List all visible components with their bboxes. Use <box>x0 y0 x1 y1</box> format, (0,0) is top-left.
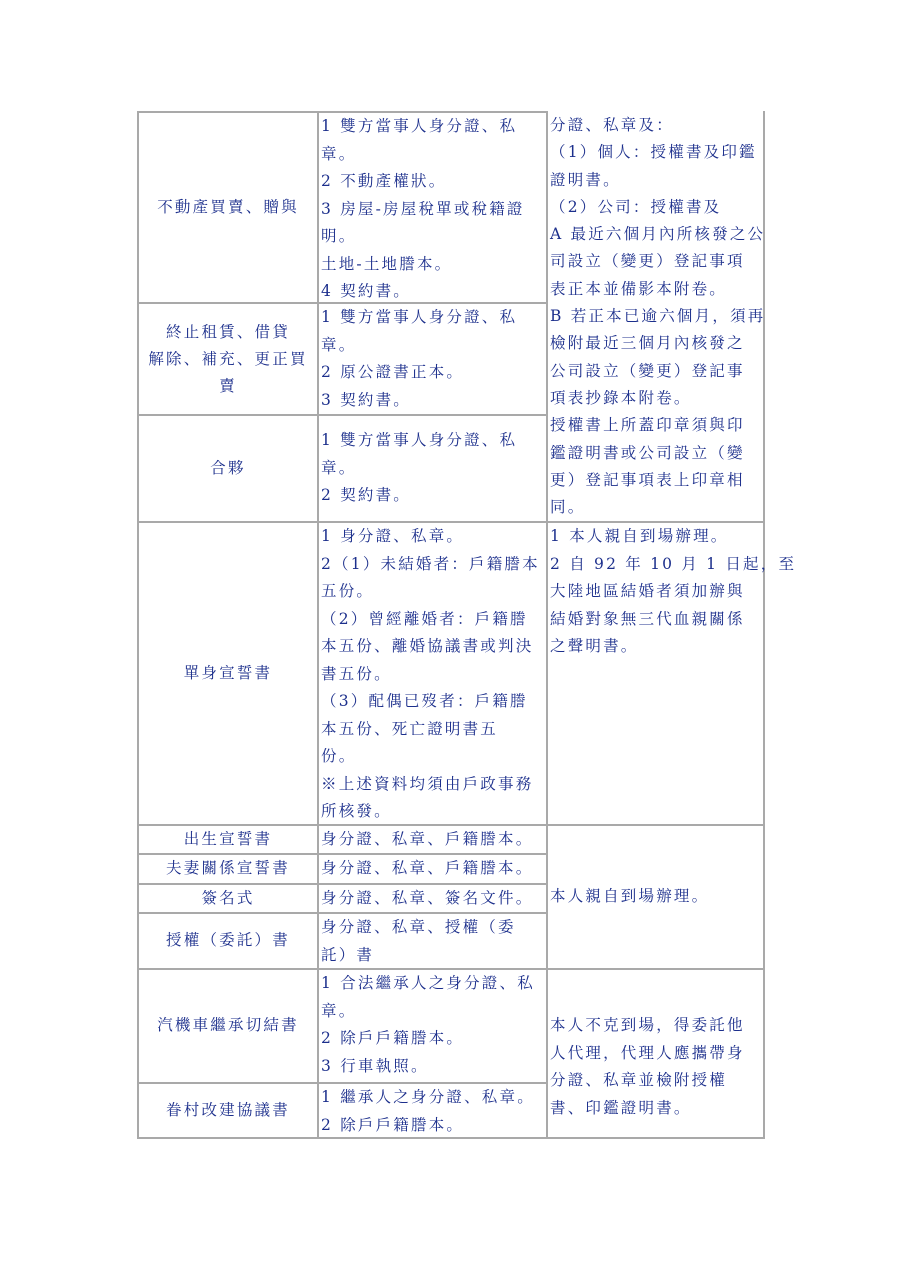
doc-line: 本五份、離婚協議書或判決 <box>321 633 546 661</box>
doc-line: 章。 <box>321 141 546 169</box>
documents-cell-marriage-affidavit: 身分證、私章、戶籍謄本。 <box>318 855 546 883</box>
note-line: 結婚對象無三代血親關係 <box>550 606 763 634</box>
note-line: 公司設立（變更）登記事 <box>550 358 763 385</box>
notes-cell-authorization: 分證、私章及： （1）個人：授權書及印鑑 證明書。 （2）公司：授權書及 A 最… <box>547 112 763 521</box>
table-border-right <box>763 111 765 1139</box>
doc-line: 份。 <box>321 743 546 771</box>
doc-line: 土地-土地謄本。 <box>321 251 546 279</box>
item-cell-signature-specimen: 簽名式 <box>139 885 317 912</box>
item-label: 授權（委託）書 <box>166 927 290 955</box>
item-label: 夫妻關係宣誓書 <box>166 855 290 883</box>
doc-line: 身分證、私章、戶籍謄本。 <box>321 855 546 883</box>
doc-line: 身分證、私章、授權（委 <box>321 914 546 942</box>
item-cell-vehicle-inheritance: 汽機車繼承切結書 <box>139 970 317 1082</box>
item-label: 出生宣誓書 <box>184 826 273 854</box>
item-label: 眷村改建協議書 <box>166 1097 290 1125</box>
item-cell-military-village-agreement: 眷村改建協議書 <box>139 1084 317 1137</box>
documents-cell-birth-affidavit: 身分證、私章、戶籍謄本。 <box>318 826 546 853</box>
doc-line: 1 雙方當事人身分證、私 <box>321 304 546 332</box>
doc-line: 身分證、私章、戶籍謄本。 <box>321 826 546 854</box>
doc-line: 2 不動產權狀。 <box>321 168 546 196</box>
item-cell-single-affidavit: 單身宣誓書 <box>139 523 317 824</box>
note-line: 鑑證明書或公司設立（變 <box>550 440 763 467</box>
item-cell-power-of-attorney: 授權（委託）書 <box>139 914 317 968</box>
doc-line: 4 契約書。 <box>321 278 546 306</box>
note-line: 之聲明書。 <box>550 633 763 661</box>
doc-line: 1 繼承人之身分證、私章。 <box>321 1084 546 1112</box>
note-line: 同。 <box>550 494 763 521</box>
note-line: 2 自 92 年 10 月 1 日起，至 <box>550 551 763 579</box>
notes-cell-proxy: 本人不克到場，得委託他 人代理，代理人應攜帶身 分證、私章並檢附授權 書、印鑑證… <box>547 970 763 1137</box>
doc-line: 五份。 <box>321 578 546 606</box>
doc-line: 章。 <box>321 998 546 1026</box>
doc-line: 2 原公證書正本。 <box>321 359 546 387</box>
doc-line: 2（1）未結婚者：戶籍謄本 <box>321 551 546 579</box>
documents-cell-partnership: 1 雙方當事人身分證、私 章。 2 契約書。 <box>318 416 546 521</box>
item-label: 不動產買賣、贈與 <box>157 194 299 222</box>
documents-cell-vehicle-inheritance: 1 合法繼承人之身分證、私 章。 2 除戶戶籍謄本。 3 行車執照。 <box>318 970 546 1082</box>
note-line: 人代理，代理人應攜帶身 <box>550 1040 763 1068</box>
note-line: 分證、私章及： <box>550 112 763 139</box>
doc-line: 1 雙方當事人身分證、私 <box>321 427 546 455</box>
item-cell-lease-termination: 終止租賃、借貸 解除、補充、更正買 賣 <box>139 304 317 414</box>
documents-cell-military-village-agreement: 1 繼承人之身分證、私章。 2 除戶戶籍謄本。 <box>318 1084 546 1137</box>
doc-line: 3 行車執照。 <box>321 1053 546 1081</box>
doc-line: 2 契約書。 <box>321 482 546 510</box>
item-cell-real-estate-sale: 不動產買賣、贈與 <box>139 113 317 302</box>
note-line: 更）登記事項表上印章相 <box>550 467 763 494</box>
doc-line: （3）配偶已歿者：戶籍謄 <box>321 688 546 716</box>
doc-line: 所核發。 <box>321 798 546 826</box>
doc-line: 3 房屋-房屋稅單或稅籍證 <box>321 196 546 224</box>
doc-line: 2 除戶戶籍謄本。 <box>321 1112 546 1140</box>
doc-line: 明。 <box>321 223 546 251</box>
doc-line: 章。 <box>321 332 546 360</box>
note-line: 表正本並備影本附卷。 <box>550 276 763 303</box>
item-cell-birth-affidavit: 出生宣誓書 <box>139 826 317 853</box>
documents-cell-real-estate-sale: 1 雙方當事人身分證、私 章。 2 不動產權狀。 3 房屋-房屋稅單或稅籍證 明… <box>318 112 546 302</box>
note-line: 書、印鑑證明書。 <box>550 1095 763 1123</box>
item-label: 合夥 <box>210 455 245 483</box>
item-label: 賣 <box>219 373 237 400</box>
notes-cell-single-affidavit: 1 本人親自到場辦理。 2 自 92 年 10 月 1 日起，至 大陸地區結婚者… <box>547 523 763 824</box>
note-line: 檢附最近三個月內核發之 <box>550 330 763 357</box>
doc-line: 書五份。 <box>321 661 546 689</box>
note-line: （1）個人：授權書及印鑑 <box>550 139 763 166</box>
doc-line: 1 身分證、私章。 <box>321 523 546 551</box>
note-line: 1 本人親自到場辦理。 <box>550 523 763 551</box>
documents-cell-signature-specimen: 身分證、私章、簽名文件。 <box>318 885 546 912</box>
note-line: 授權書上所蓋印章須與印 <box>550 412 763 439</box>
item-label: 單身宣誓書 <box>184 660 273 688</box>
item-label: 簽名式 <box>201 885 254 913</box>
documents-cell-single-affidavit: 1 身分證、私章。 2（1）未結婚者：戶籍謄本 五份。 （2）曾經離婚者：戶籍謄… <box>318 523 546 824</box>
note-line: 大陸地區結婚者須加辦與 <box>550 578 763 606</box>
note-line: 項表抄錄本附卷。 <box>550 385 763 412</box>
note-line: （2）公司：授權書及 <box>550 194 763 221</box>
doc-line: （2）曾經離婚者：戶籍謄 <box>321 606 546 634</box>
note-line: A 最近六個月內所核發之公 <box>550 221 763 248</box>
doc-line: 託）書 <box>321 942 546 970</box>
doc-line: ※上述資料均須由戶政事務 <box>321 771 546 799</box>
doc-line: 1 雙方當事人身分證、私 <box>321 113 546 141</box>
documents-cell-lease-termination: 1 雙方當事人身分證、私 章。 2 原公證書正本。 3 契約書。 <box>318 304 546 414</box>
note-line: 本人親自到場辦理。 <box>550 883 709 911</box>
note-line: 分證、私章並檢附授權 <box>550 1067 763 1095</box>
doc-line: 3 契約書。 <box>321 387 546 415</box>
doc-line: 2 除戶戶籍謄本。 <box>321 1025 546 1053</box>
note-line: 證明書。 <box>550 167 763 194</box>
item-label: 解除、補充、更正買 <box>148 346 307 373</box>
item-cell-marriage-affidavit: 夫妻關係宣誓書 <box>139 855 317 883</box>
item-cell-partnership: 合夥 <box>139 416 317 521</box>
note-line: B 若正本已逾六個月，須再 <box>550 303 763 330</box>
doc-line: 章。 <box>321 455 546 483</box>
note-line: 本人不克到場，得委託他 <box>550 1012 763 1040</box>
documents-cell-power-of-attorney: 身分證、私章、授權（委 託）書 <box>318 914 546 968</box>
doc-line: 身分證、私章、簽名文件。 <box>321 885 546 913</box>
note-line: 司設立（變更）登記事項 <box>550 248 763 275</box>
doc-line: 1 合法繼承人之身分證、私 <box>321 970 546 998</box>
document-page: 不動產買賣、贈與 1 雙方當事人身分證、私 章。 2 不動產權狀。 3 房屋-房… <box>0 0 900 1276</box>
notes-cell-in-person: 本人親自到場辦理。 <box>548 826 763 968</box>
item-label: 終止租賃、借貸 <box>166 319 290 346</box>
item-label: 汽機車繼承切結書 <box>157 1012 299 1040</box>
doc-line: 本五份、死亡證明書五 <box>321 716 546 744</box>
